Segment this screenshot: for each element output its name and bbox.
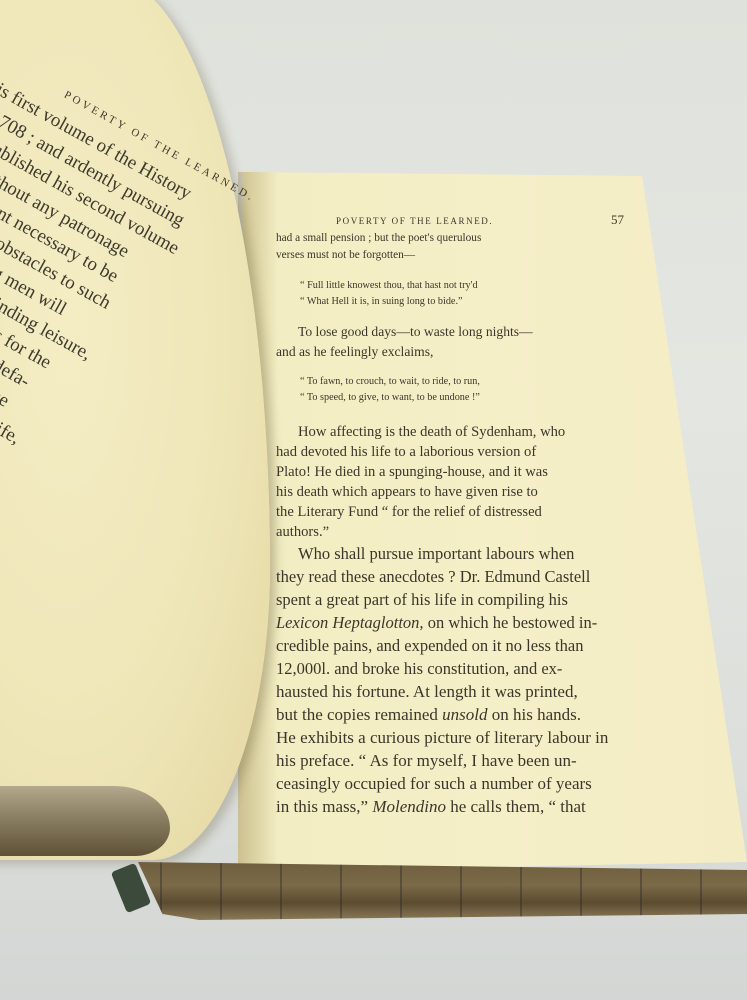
text-line: had a small pension ; but the poet's que… xyxy=(276,230,646,247)
text-line: He exhibits a curious picture of literar… xyxy=(276,726,646,749)
text-line: Who shall pursue important labours when xyxy=(298,542,646,565)
verse-line: “ What Hell it is, in suing long to bide… xyxy=(300,294,646,310)
left-page-text: POVERTY OF THE LEARNED. published his fi… xyxy=(0,10,260,778)
verse-line: “ To speed, to give, to want, to be undo… xyxy=(300,390,646,406)
running-head: POVERTY OF THE LEARNED. 57 xyxy=(336,212,642,228)
text-line: How affecting is the death of Sydenham, … xyxy=(298,422,646,442)
running-head-title: POVERTY OF THE LEARNED. xyxy=(336,216,493,226)
text-span: in this mass,” xyxy=(276,797,372,816)
text-line: credible pains, and expended on it no le… xyxy=(276,634,646,657)
text-line: ceasingly occupied for such a number of … xyxy=(276,772,646,795)
text-line: the Literary Fund “ for the relief of di… xyxy=(276,502,646,522)
text-line: verses must not be forgotten— xyxy=(276,247,646,264)
text-line: but the copies remained unsold on his ha… xyxy=(276,703,646,726)
text-line: and as he feelingly exclaims, xyxy=(276,342,646,362)
right-page-text: POVERTY OF THE LEARNED. 57 had a small p… xyxy=(276,212,646,818)
text-line: in this mass,” Molendino he calls them, … xyxy=(276,795,646,818)
text-span: he calls them, “ that xyxy=(446,797,586,816)
italic-word: unsold xyxy=(442,705,487,724)
text-line: they read these anecdotes ? Dr. Edmund C… xyxy=(276,565,646,588)
text-line: authors.” xyxy=(276,522,646,542)
text-span: on which he bestowed in- xyxy=(424,613,598,632)
text-line: had devoted his life to a laborious vers… xyxy=(276,442,646,462)
text-line: his preface. “ As for myself, I have bee… xyxy=(276,749,646,772)
page-number: 57 xyxy=(611,212,624,228)
text-line: 12,000l. and broke his constitution, and… xyxy=(276,657,646,680)
text-line: Plato! He died in a spunging-house, and … xyxy=(276,462,646,482)
text-line: To lose good days—to waste long nights— xyxy=(298,322,646,342)
verse-line: “ Full little knowest thou, that hast no… xyxy=(300,278,646,294)
text-span: but the copies remained xyxy=(276,705,442,724)
text-span: on his hands. xyxy=(488,705,582,724)
left-page-curled: POVERTY OF THE LEARNED. published his fi… xyxy=(0,0,270,860)
marbled-fore-edge xyxy=(138,862,747,920)
photo-scene: POVERTY OF THE LEARNED. 57 had a small p… xyxy=(0,0,747,1000)
text-line: spent a great part of his life in compil… xyxy=(276,588,646,611)
text-line: Lexicon Heptaglotton, on which he bestow… xyxy=(276,611,646,634)
text-line: hausted his fortune. At length it was pr… xyxy=(276,680,646,703)
curled-page-edge xyxy=(0,786,170,856)
italic-word: Molendino xyxy=(372,797,446,816)
verse-line: “ To fawn, to crouch, to wait, to ride, … xyxy=(300,374,646,390)
text-line: his death which appears to have given ri… xyxy=(276,482,646,502)
italic-title: Lexicon Heptaglotton, xyxy=(276,613,424,632)
